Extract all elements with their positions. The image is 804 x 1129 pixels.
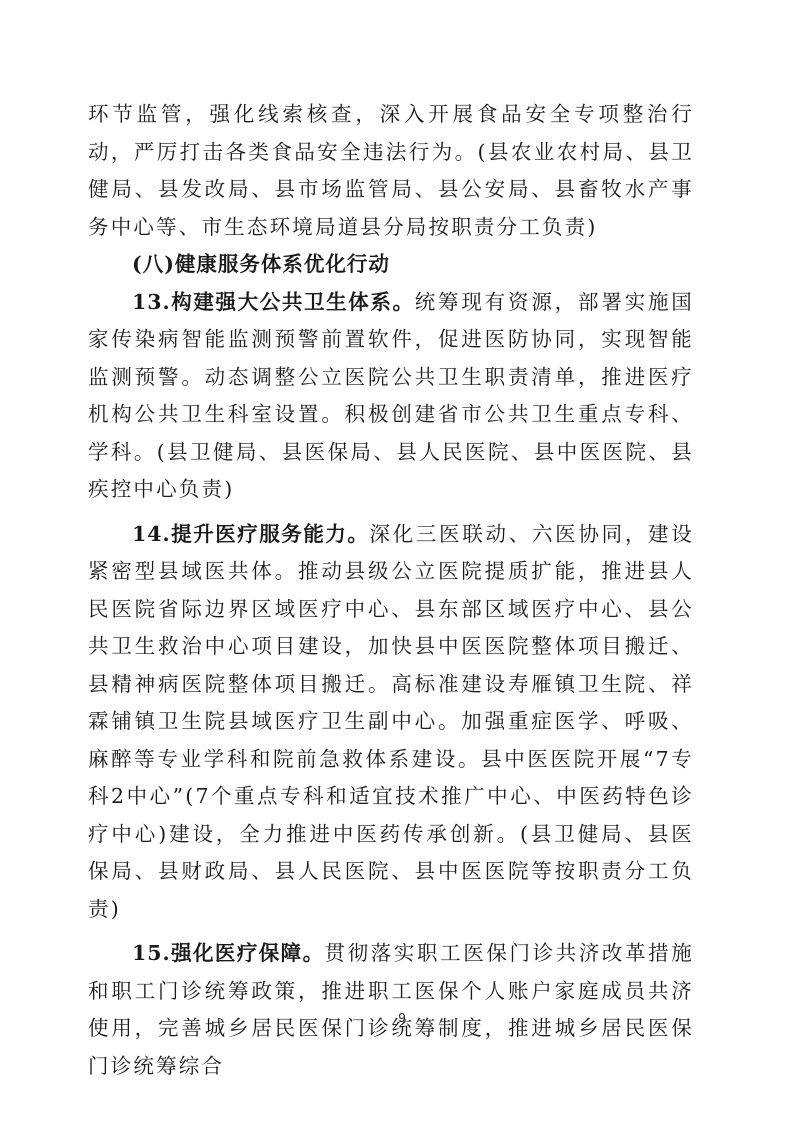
- item-lead: 15.强化医疗保障。: [132, 941, 325, 965]
- paragraph-gap: [88, 509, 694, 516]
- item-lead: 14.提升医疗服务能力。: [132, 522, 369, 546]
- page-number: 9: [0, 1010, 804, 1025]
- item-text: 统筹现有资源，部署实施国家传染病智能监测预警前置软件，促进医防协同，实现智能监测…: [88, 290, 694, 502]
- item-lead: 13.构建强大公共卫生体系。: [132, 290, 415, 314]
- paragraph-food-safety-continuation: 环节监管，强化线索核查，深入开展食品安全专项整治行动，严厉打击各类食品安全违法行…: [88, 96, 694, 246]
- paragraph-gap: [88, 928, 694, 935]
- item-text: 深化三医联动、六医协同，建设紧密型县域医共体。推动县级公立医院提质扩能，推进县人…: [88, 522, 694, 921]
- item-13-public-health: 13.构建强大公共卫生体系。统筹现有资源，部署实施国家传染病智能监测预警前置软件…: [88, 284, 694, 509]
- item-14-medical-service: 14.提升医疗服务能力。深化三医联动、六医协同，建设紧密型县域医共体。推动县级公…: [88, 516, 694, 929]
- document-page: 环节监管，强化线索核查，深入开展食品安全专项整治行动，严厉打击各类食品安全违法行…: [88, 96, 694, 1085]
- paragraph-text: 环节监管，强化线索核查，深入开展食品安全专项整治行动，严厉打击各类食品安全违法行…: [88, 102, 694, 239]
- section-heading: (八)健康服务体系优化行动: [88, 246, 694, 284]
